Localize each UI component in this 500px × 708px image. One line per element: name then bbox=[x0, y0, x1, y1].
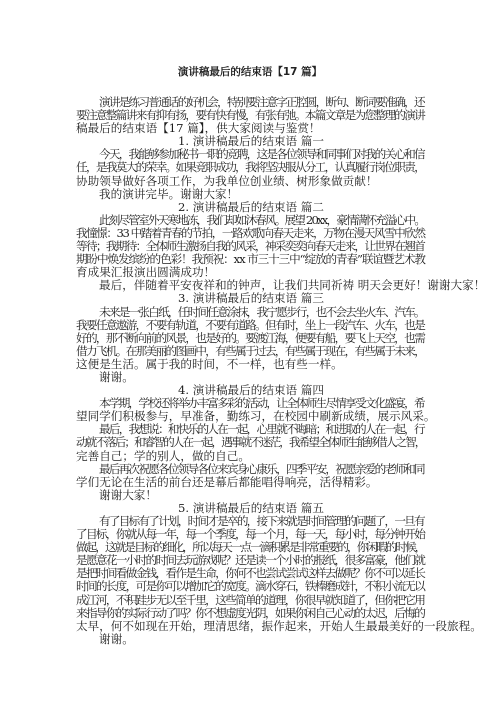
paragraph-line: 我的演讲完毕。谢谢大家！ bbox=[76, 188, 426, 201]
paragraph-line: 任，是我莫大的荣幸。如果竞职成功，我将坚决服从分工，认真履行岗位职责， bbox=[76, 161, 426, 174]
paragraph-line: 谢谢大家！ bbox=[76, 489, 426, 502]
paragraph-line: 完善自己；学的别人，做的自己。 bbox=[76, 450, 426, 463]
section-heading: 2. 演讲稿最后的结束语 篇二 bbox=[76, 201, 426, 214]
document-title: 演讲稿最后的结束语【17 篇】 bbox=[0, 64, 500, 79]
paragraph-line: 协助领导做好各项工作，为我单位创业绩、树形象做贡献！ bbox=[76, 175, 426, 188]
paragraph-line: 未来是一张白纸，任时间任意涂抹，我宁愿步行，也不会去坐火车、汽车。 bbox=[76, 306, 426, 319]
paragraph-line: 太早，何不如现在开始，理清思绪，振作起来，开始人生最最美好的一段旅程。 bbox=[76, 620, 426, 633]
paragraph-line: 时间的长度，可是你可以增加它的宽度。滴水穿石，铁棒磨成针，不积小流无以 bbox=[76, 580, 426, 593]
paragraph-line: 学们无论在生活的前台还是幕后都能唱得响亮，活得精彩。 bbox=[76, 476, 426, 489]
section-heading: 3. 演讲稿最后的结束语 篇三 bbox=[76, 292, 426, 305]
paragraph-line: 这便是生活。属于我的时间，不一样，也有些一样。 bbox=[76, 358, 426, 371]
paragraph-line: 动就不落后；和睿智的人在一起，遇事就不迷茫，我希望全体师生能够借人之智， bbox=[76, 436, 426, 449]
document-page: 演讲稿最后的结束语【17 篇】 演讲是练习普通话的好机会，特别要注意字正腔圆，断… bbox=[0, 0, 500, 708]
paragraph-line: 好的，那不断向前的风景，也是好的。要渡江海，便要有船，要飞上天空，也需 bbox=[76, 332, 426, 345]
paragraph-line: 成江河，不积跬步无以至千里，这些简单的道理，你很早就知道了，但你把它用 bbox=[76, 594, 426, 607]
paragraph-line: 最后再次祝愿各位领导各位来宾身心康乐，四季平安，祝愿亲爱的老师和同 bbox=[76, 463, 426, 476]
paragraph-line: 谢谢。 bbox=[76, 633, 426, 646]
paragraph-line: 借力飞机。在那美丽的图画中，有些属于过去，有些属于现在，有些属于未来， bbox=[76, 345, 426, 358]
paragraph-line: 我要任意遨游，不要有轨道，不要有道路。但有时，坐上一段汽车、火车，也是 bbox=[76, 319, 426, 332]
paragraph-line: 来指导你的实际行动了吗？你不想虚度光阴，如果你闲自己心动的太迟，后悔的 bbox=[76, 607, 426, 620]
document-body: 演讲是练习普通话的好机会，特别要注意字正腔圆，断句、断词要准确，还要注意整篇讲来… bbox=[76, 96, 426, 646]
paragraph-line: 此刻尽管室外天寒地冻，我们却如沐春风。展望 20xx，豪情满怀充溢心中。 bbox=[76, 214, 426, 227]
